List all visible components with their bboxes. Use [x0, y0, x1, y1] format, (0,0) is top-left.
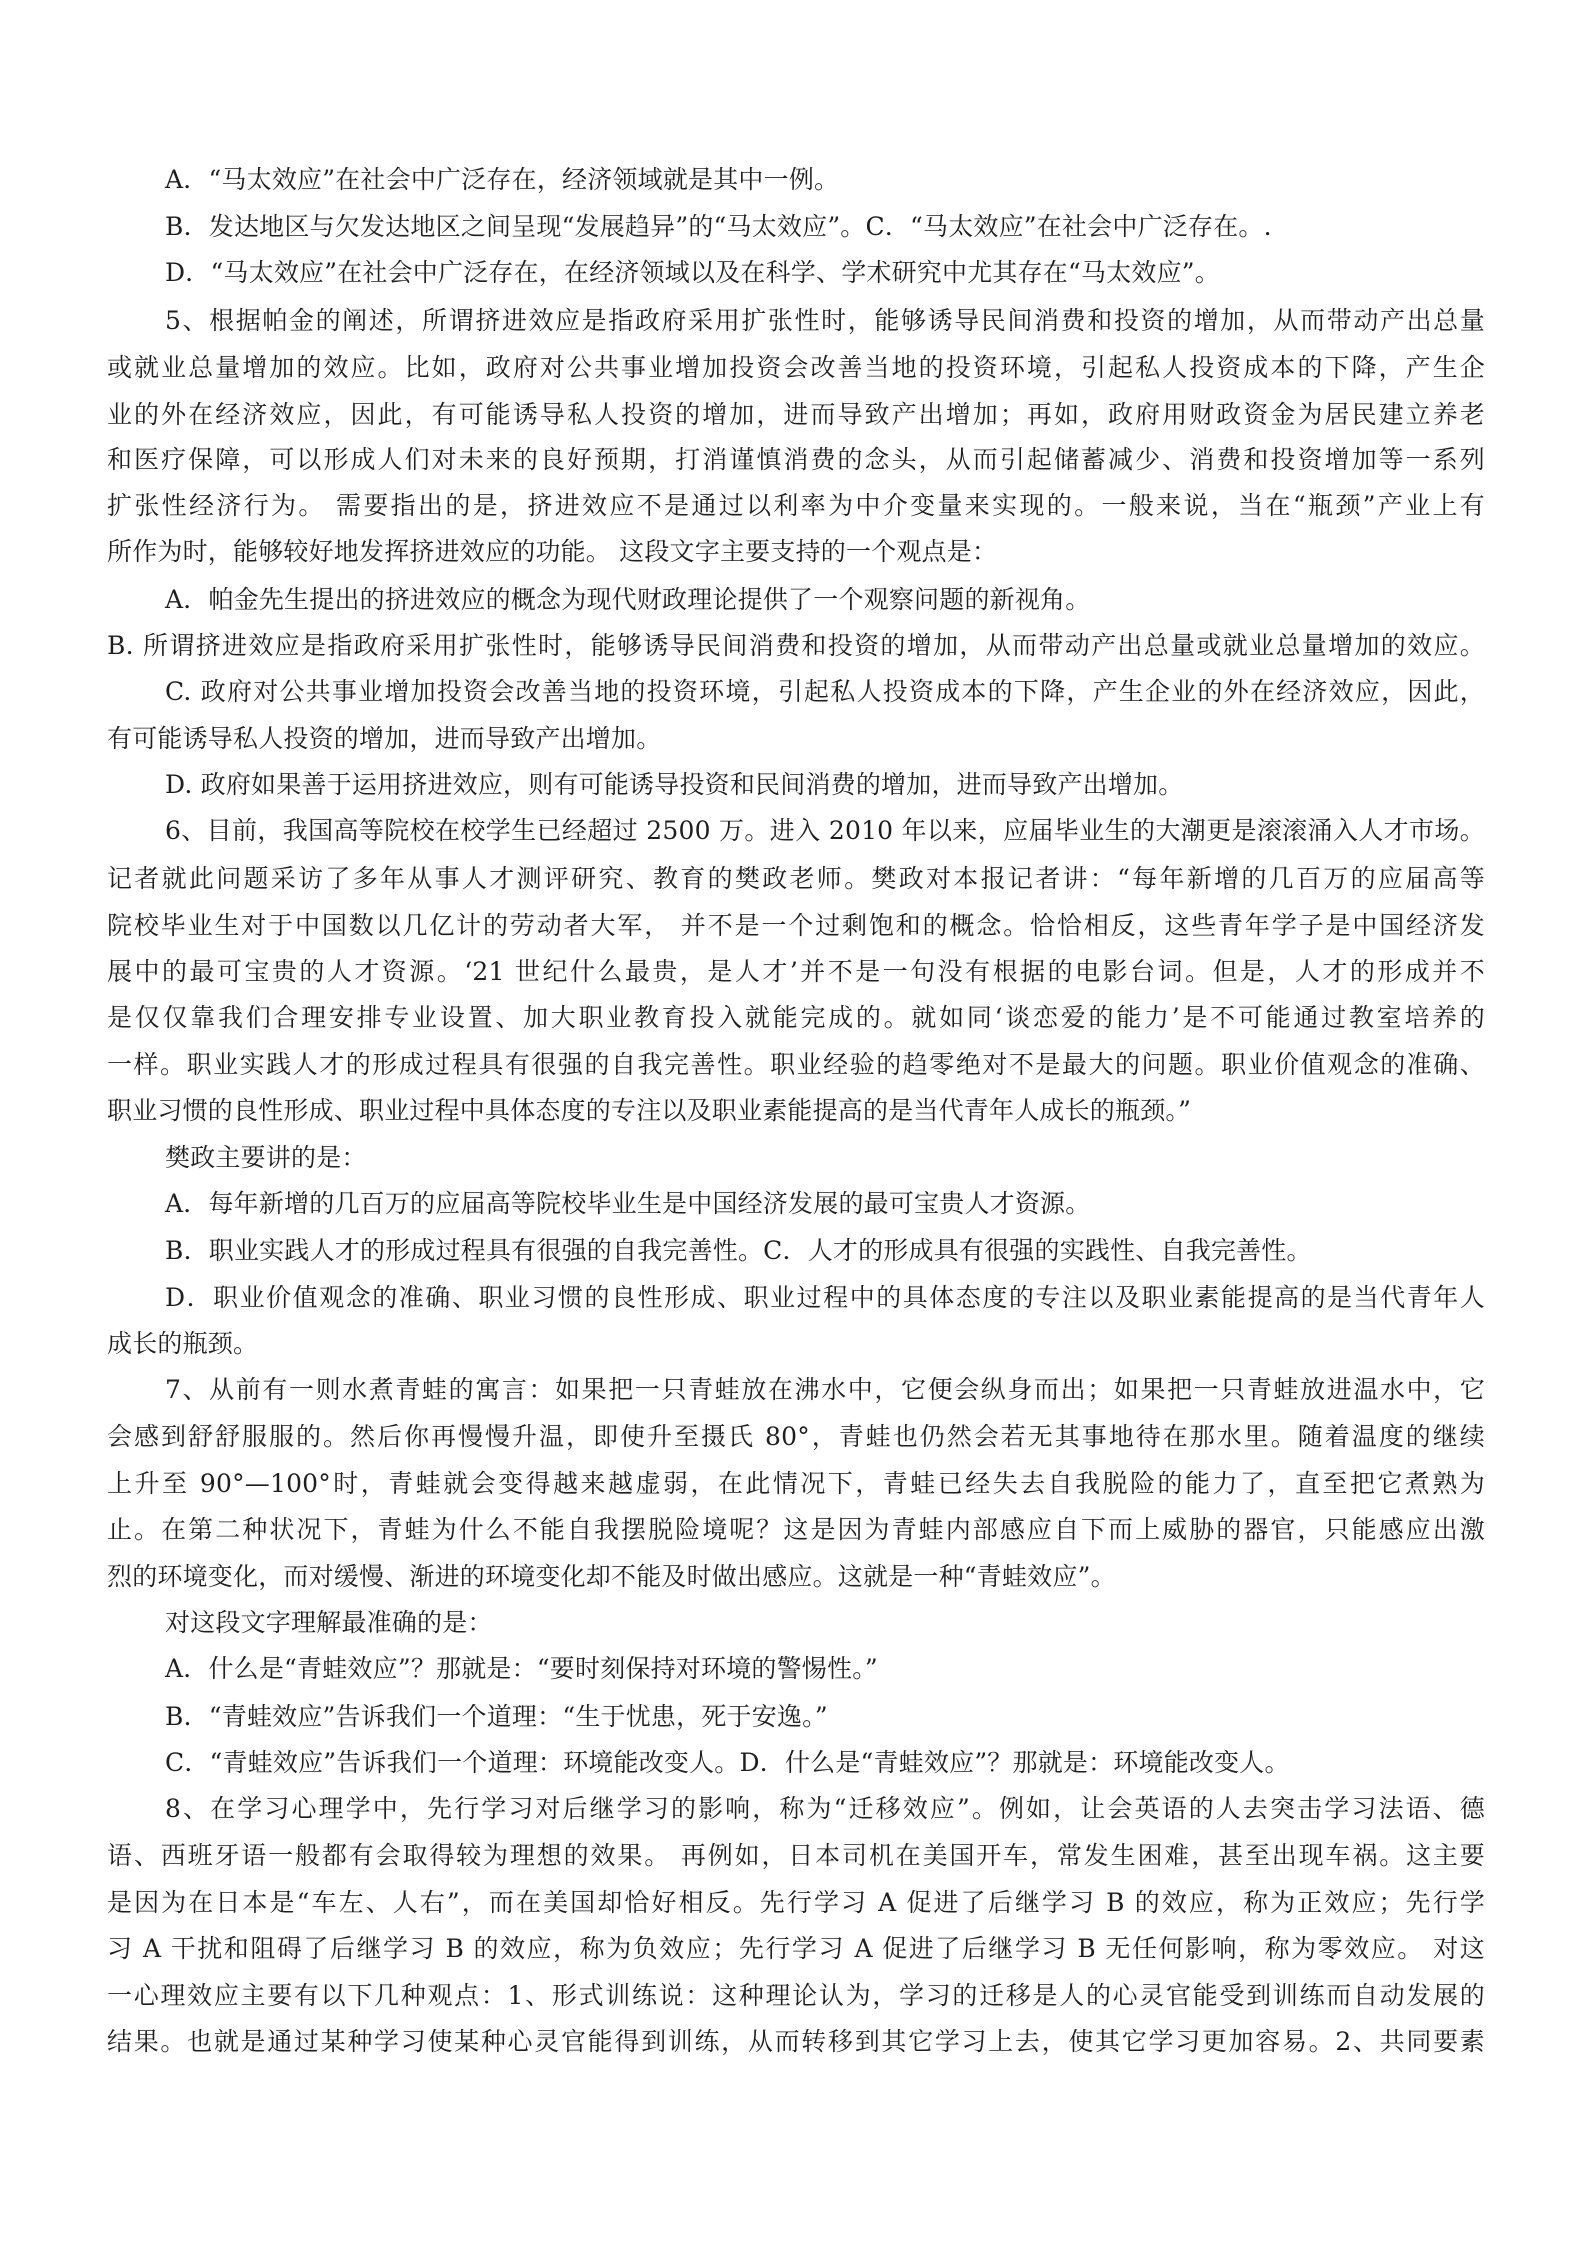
text-line: 记者就此问题采访了多年从事人才测评研究、教育的樊政老师。樊政对本报记者讲：“每年…	[107, 863, 1485, 895]
text-line: A．帕金先生提出的挤进效应的概念为现代财政理论提供了一个观察问题的新视角。	[165, 584, 1485, 616]
text-line: 对这段文字理解最准确的是：	[165, 1607, 1485, 1639]
text-line: 止。在第二种状况下，青蛙为什么不能自我摆脱险境呢？这是因为青蛙内部感应自下而上威…	[107, 1514, 1485, 1546]
text-line: 和医疗保障，可以形成人们对未来的良好预期，打消谨慎消费的念头，从而引起储蓄减少、…	[107, 444, 1485, 476]
text-line: 一心理效应主要有以下几种观点：1、形式训练说：这种理论认为，学习的迁移是人的心灵…	[107, 1980, 1485, 2012]
text-line: B. 所谓挤进效应是指政府采用扩张性时，能够诱导民间消费和投资的增加，从而带动产…	[107, 630, 1485, 662]
text-line: 是因为在日本是“车左、人右”，而在美国却恰好相反。先行学习 A 促进了后继学习 …	[107, 1887, 1485, 1919]
text-line: 5、根据帕金的阐述，所谓挤进效应是指政府采用扩张性时，能够诱导民间消费和投资的增…	[165, 305, 1485, 337]
text-line: 6、目前，我国高等院校在校学生已经超过 2500 万。进入 2010 年以来，应…	[165, 815, 1485, 847]
text-line: 一样。职业实践人才的形成过程具有很强的自我完善性。职业经验的趋零绝对不是最大的问…	[107, 1049, 1485, 1081]
text-line: 有可能诱导私人投资的增加，进而导致产出增加。	[107, 723, 1485, 755]
text-line: 7、从前有一则水煮青蛙的寓言：如果把一只青蛙放在沸水中，它便会纵身而出；如果把一…	[165, 1374, 1485, 1406]
text-line: 是仅仅靠我们合理安排专业设置、加大职业教育投入就能完成的。就如同‘谈恋爱的能力’…	[107, 1002, 1485, 1034]
text-line: 院校毕业生对于中国数以几亿计的劳动者大军， 并不是一个过剩饱和的概念。恰恰相反，…	[107, 910, 1485, 942]
text-line: 扩张性经济行为。 需要指出的是，挤进效应不是通过以利率为中介变量来实现的。一般来…	[107, 490, 1485, 522]
text-line: B．“青蛙效应”告诉我们一个道理：“生于忧患，死于安逸。”	[165, 1701, 1485, 1733]
text-line: D．职业价值观念的准确、职业习惯的良性形成、职业过程中的具体态度的专注以及职业素…	[165, 1282, 1485, 1314]
text-line: 业的外在经济效应，因此，有可能诱导私人投资的增加，进而导致产出增加；再如，政府用…	[107, 399, 1485, 431]
text-line: 习 A 干扰和阻碍了后继学习 B 的效应，称为负效应；先行学习 A 促进了后继学…	[107, 1933, 1485, 1965]
text-line: 所作为时，能够较好地发挥挤进效应的功能。 这段文字主要支持的一个观点是：	[107, 536, 1485, 568]
text-line: 上升至 90°—100°时，青蛙就会变得越来越虚弱，在此情况下，青蛙已经失去自我…	[107, 1468, 1485, 1500]
text-line: 结果。也就是通过某种学习使某种心灵官能得到训练，从而转移到其它学习上去，使其它学…	[107, 2026, 1485, 2058]
text-line: A．“马太效应”在社会中广泛存在，经济领域就是其中一例。	[165, 164, 1485, 196]
text-line: B．职业实践人才的形成过程具有很强的自我完善性。C．人才的形成具有很强的实践性、…	[165, 1235, 1485, 1267]
text-line: C. 政府对公共事业增加投资会改善当地的投资环境，引起私人投资成本的下降，产生企…	[165, 676, 1485, 708]
text-line: 8、在学习心理学中，先行学习对后继学习的影响，称为“迁移效应”。例如，让会英语的…	[165, 1793, 1485, 1825]
text-line: D．“马太效应”在社会中广泛存在，在经济领域以及在科学、学术研究中尤其存在“马太…	[165, 257, 1485, 289]
text-line: 樊政主要讲的是：	[165, 1142, 1485, 1174]
text-line: 烈的环境变化，而对缓慢、渐进的环境变化却不能及时做出感应。这就是一种“青蛙效应”…	[107, 1561, 1485, 1593]
text-line: 展中的最可宝贵的人才资源。‘21 世纪什么最贵，是人才’并不是一句没有根据的电影…	[107, 956, 1485, 988]
text-line: 职业习惯的良性形成、职业过程中具体态度的专注以及职业素能提高的是当代青年人成长的…	[107, 1095, 1485, 1127]
text-line: 成长的瓶颈。	[107, 1328, 1485, 1360]
text-line: C．“青蛙效应”告诉我们一个道理：环境能改变人。D．什么是“青蛙效应”？那就是：…	[165, 1747, 1485, 1779]
document-page: A．“马太效应”在社会中广泛存在，经济领域就是其中一例。B．发达地区与欠发达地区…	[0, 0, 1594, 2252]
text-line: D. 政府如果善于运用挤进效应，则有可能诱导投资和民间消费的增加，进而导致产出增…	[165, 769, 1485, 801]
text-line: B．发达地区与欠发达地区之间呈现“发展趋异”的“马太效应”。C．“马太效应”在社…	[165, 211, 1485, 243]
text-line: 或就业总量增加的效应。比如，政府对公共事业增加投资会改善当地的投资环境，引起私人…	[107, 352, 1485, 384]
text-line: 语、西班牙语一般都有会取得较为理想的效果。 再例如，日本司机在美国开车，常发生困…	[107, 1840, 1485, 1872]
text-line: A．每年新增的几百万的应届高等院校毕业生是中国经济发展的最可宝贵人才资源。	[165, 1188, 1485, 1220]
text-line: 会感到舒舒服服的。然后你再慢慢升温，即使升至摄氏 80°，青蛙也仍然会若无其事地…	[107, 1421, 1485, 1453]
text-line: A．什么是“青蛙效应”？那就是：“要时刻保持对环境的警惕性。”	[165, 1653, 1485, 1685]
